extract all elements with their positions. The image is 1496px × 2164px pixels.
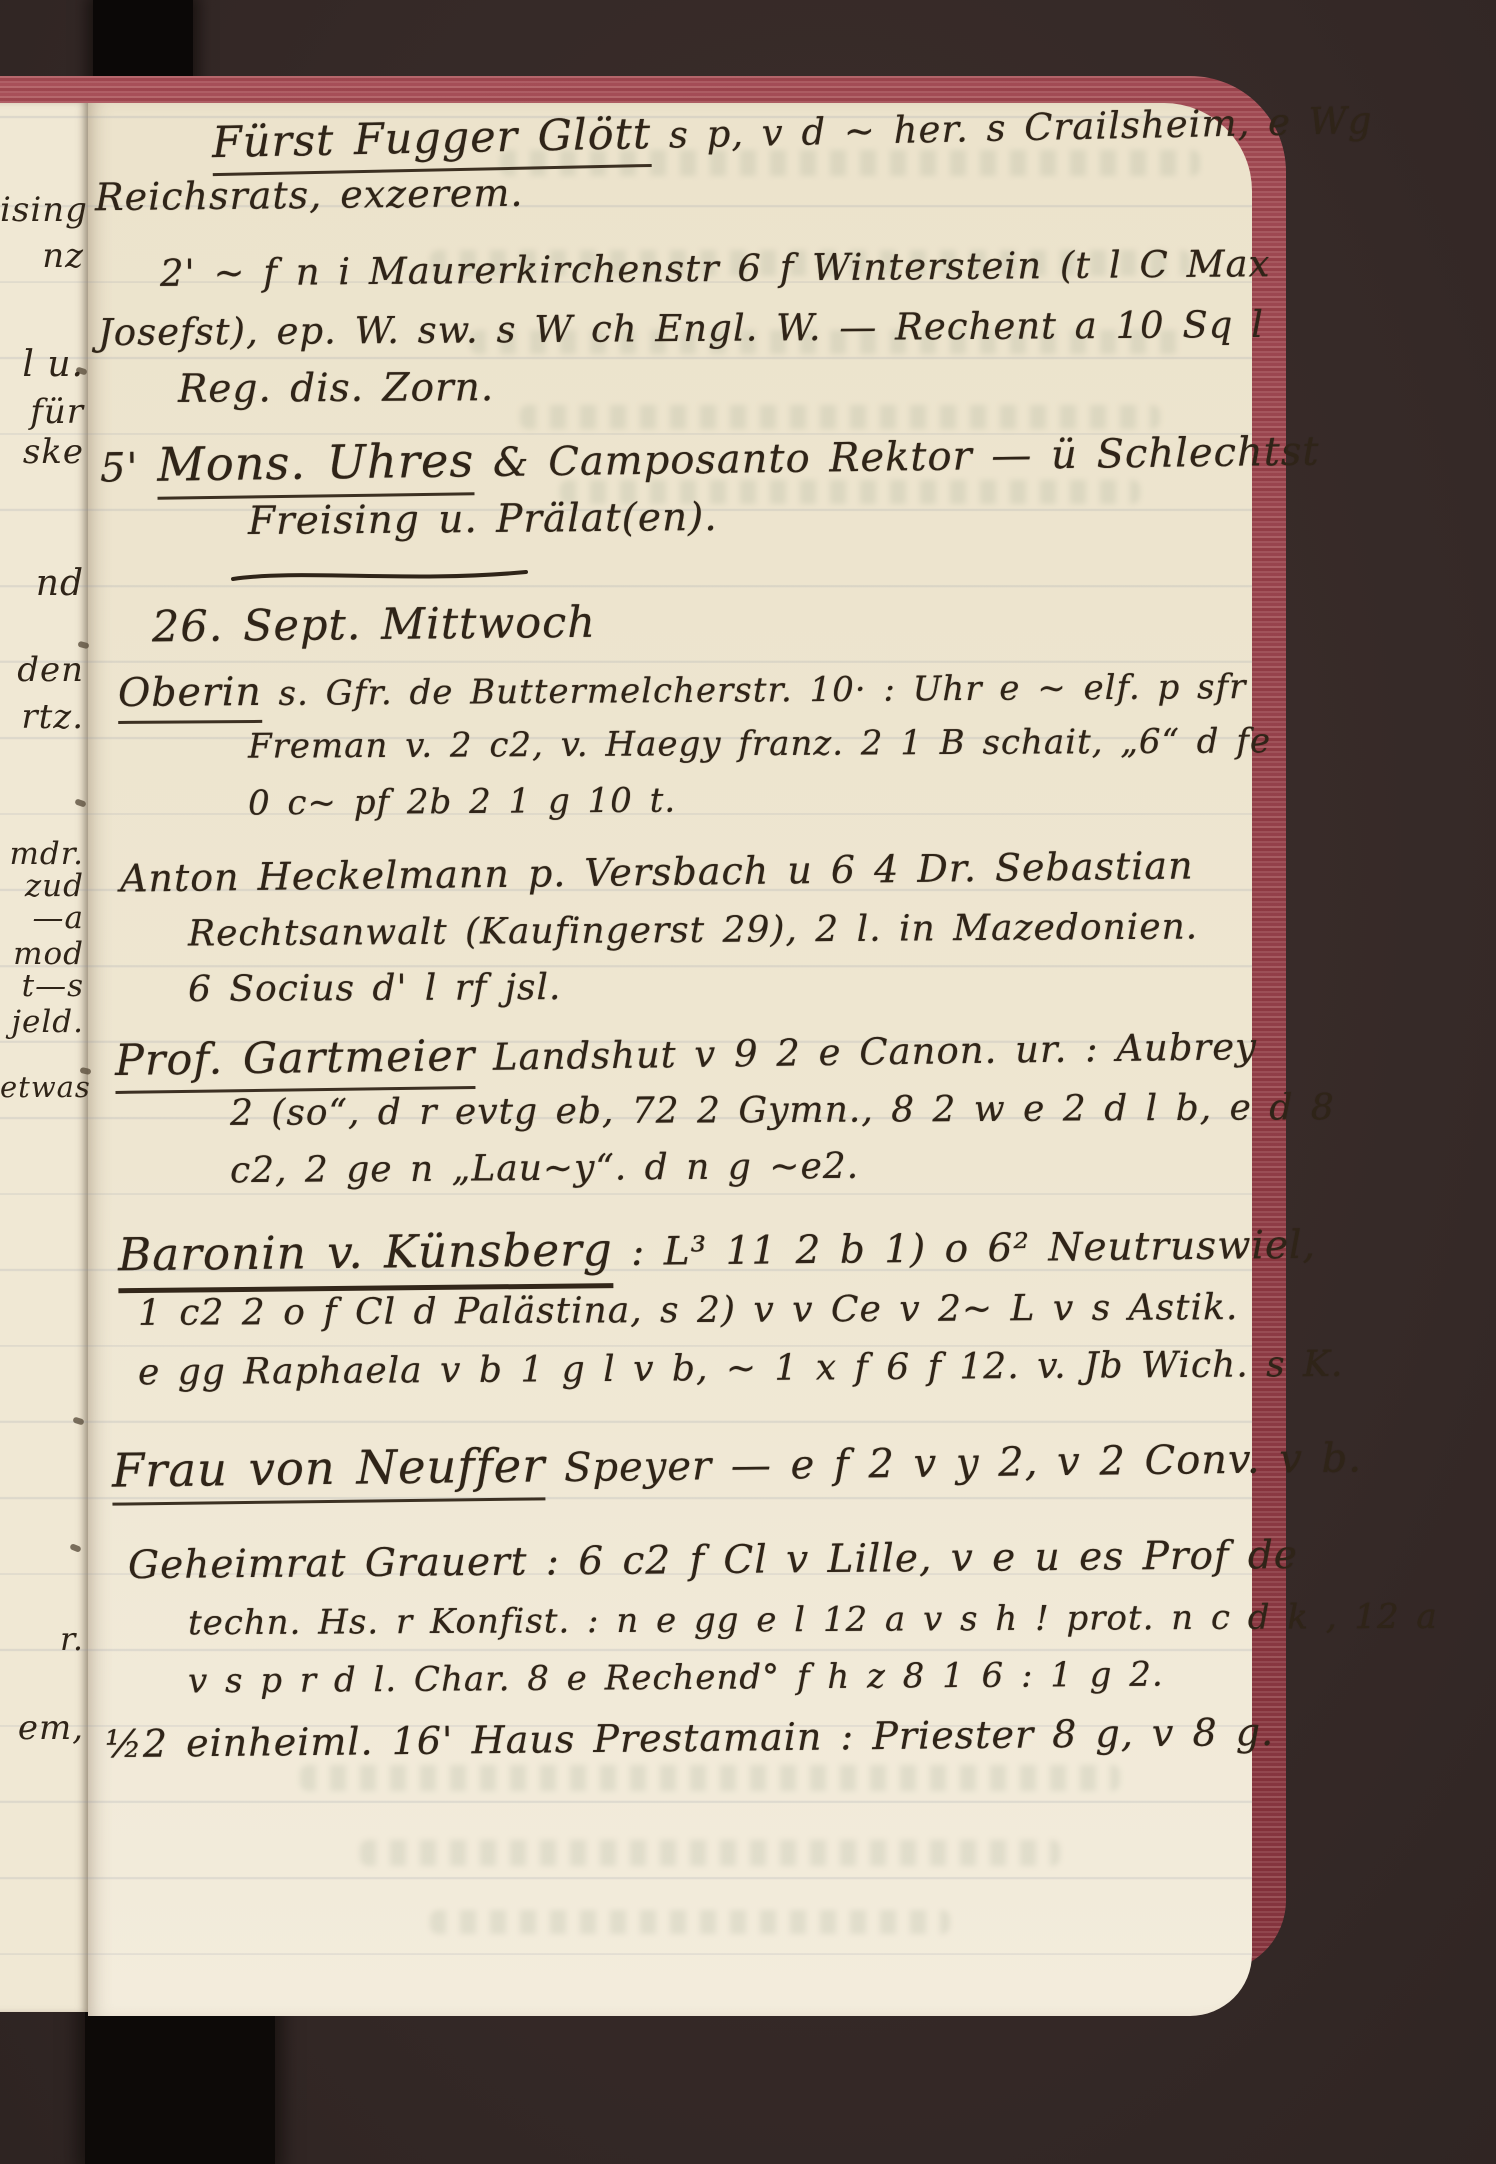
facing-page-fragment: den [0, 650, 87, 690]
facing-page-fragment: zud [0, 868, 87, 904]
facing-page-fragment: mod [0, 936, 87, 972]
date-heading: 26. Sept. Mittwoch [152, 598, 596, 653]
underlined-name: Fürst Fugger Glött [212, 109, 652, 176]
entry-prefix: 5' [100, 445, 158, 492]
facing-page-fragment: jeld. [0, 1004, 87, 1040]
book-spine-bottom [85, 2008, 275, 2164]
entry-oberin-line-3: 0 c~ pf 2b 2 1 g 10 t. [248, 781, 676, 824]
underlined-name: Baronin v. Künsberg [118, 1223, 613, 1293]
facing-page-fragment: l u. [0, 344, 87, 385]
entry-heckelmann-line-3: 6 Socius d' l rf jsl. [188, 967, 562, 1010]
underlined-name: Frau von Neuffer [112, 1438, 546, 1505]
underlined-name: Oberin [118, 669, 262, 724]
facing-page-fragment: etwas [0, 1070, 87, 1104]
entry-oberin-line-1: Oberin s. Gfr. de Buttermelcherstr. 10· … [118, 662, 1247, 716]
facing-page-fragment: —a [0, 900, 87, 936]
entry-grauert-line-3: v s p r d l. Char. 8 e Rechend° f h z 8 … [188, 1655, 1164, 1702]
entry-heckelmann-line-2: Rechtsanwalt (Kaufingerst 29), 2 l. in M… [188, 906, 1198, 954]
section-divider [230, 566, 530, 586]
underlined-name: Prof. Gartmeier [115, 1031, 476, 1094]
facing-page-fragment: r. [0, 1620, 87, 1658]
facing-page-fragment: t—s [0, 968, 87, 1004]
entry-maurerkirchenstr-line-3: Reg. dis. Zorn. [178, 365, 494, 412]
entry-fugger-line-2: Reichsrats, exzerem. [95, 171, 524, 219]
facing-page-fragment: für [0, 392, 87, 432]
entry-uhres-line-2: Freising u. Prälat(en). [248, 495, 718, 544]
entry-kuensberg-line-3: e gg Raphaela v b 1 g l v b, ~ 1 x f 6 f… [138, 1344, 1344, 1393]
entry-gartmeier-line-2: 2 (so“, d r evtg eb, 72 2 Gymn., 8 2 w e… [230, 1087, 1335, 1134]
facing-page-fragment: ske [0, 432, 87, 472]
facing-page-fragment: em, [0, 1708, 87, 1748]
facing-page-fragment: mdr. [0, 836, 87, 872]
entry-oberin-line-2: Freman v. 2 c2, v. Haegy franz. 2 1 B sc… [248, 721, 1271, 766]
book-spine-top [93, 0, 193, 86]
shorthand-text: Speyer — e f 2 v y 2, v 2 Conv. v b. [545, 1435, 1362, 1491]
facing-page-fragment: nz [0, 236, 87, 276]
shorthand-text: s. Gfr. de Buttermelcherstr. 10· : Uhr e… [262, 667, 1247, 714]
entry-grauert-line-2: techn. Hs. r Konfist. : n e gg e l 12 a … [188, 1597, 1438, 1644]
facing-page-fragment: ising [0, 190, 87, 230]
facing-page-fragment: nd [0, 563, 87, 604]
underlined-name: Mons. Uhres [157, 433, 475, 499]
facing-page-fragment: rtz. [0, 697, 87, 737]
entry-gartmeier-line-3: c2, 2 ge n „Lau~y“. d n g ~e2. [230, 1146, 859, 1191]
entry-kuensberg-line-2: 1 c2 2 o f Cl d Palästina, s 2) v v Ce v… [138, 1287, 1239, 1334]
shorthand-text: Landshut v 9 2 e Canon. ur. : Aubrey [475, 1025, 1257, 1079]
entry-maurerkirchenstr-line-2: Josefst), ep. W. sw. s W ch Engl. W. — R… [98, 303, 1264, 354]
shorthand-text: : L³ 11 2 b 1) o 6² Neutruswiel, [613, 1223, 1317, 1275]
notebook-photo: ising nz l u. für ske nd den rtz. mdr. z… [0, 0, 1496, 2164]
